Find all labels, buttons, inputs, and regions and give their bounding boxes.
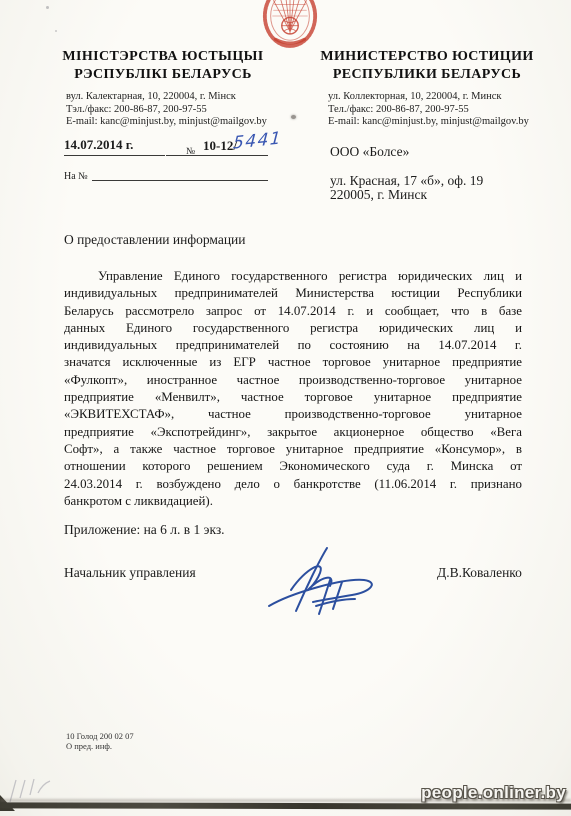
clerical-footnote-line1: 10 Голод 200 02 07 — [66, 731, 134, 741]
address-line: вул. Калектарная, 10, 220004, г. Мінск — [66, 91, 312, 104]
scan-bottom-edge — [0, 802, 571, 809]
date-underline — [64, 155, 165, 156]
number-underline — [166, 155, 268, 156]
scan-speck — [46, 6, 49, 9]
email-line: E-mail: kanc@minjust.by, minjust@mailgov… — [66, 116, 312, 129]
ministry-title-by-line1: МІНІСТЭРСТВА ЮСТЫЦЫІ — [34, 48, 292, 66]
clerical-footnote-line2: О пред. инф. — [66, 741, 134, 751]
scan-speck — [291, 115, 296, 119]
ministry-title-by-line2: РЭСПУБЛІКІ БЕЛАРУСЬ — [34, 66, 292, 84]
address-line: ул. Коллекторная, 10, 220004, г. Минск — [328, 91, 571, 104]
handwritten-signature-icon — [263, 543, 387, 617]
body-line: Беларусь рассмотрело запрос от 14.07.201… — [64, 303, 522, 320]
body-line: «Фулкопт», иностранное частное производс… — [64, 372, 522, 389]
body-line: данных Единого государственного регистра… — [64, 320, 522, 337]
signer-name: Д.В.Коваленко — [437, 565, 522, 581]
body-line: индивидуальных предпринимателей Министер… — [64, 285, 522, 302]
email-line: E-mail: kanc@minjust.by, minjust@mailgov… — [328, 116, 571, 129]
body-line: индивидуальных предпринимателей по состо… — [64, 337, 522, 354]
body-line: 24.03.2014 г. возбуждено дело о банкротс… — [64, 476, 522, 493]
letter-subject: О предоставлении информации — [64, 232, 246, 248]
reply-number-underline — [92, 180, 268, 181]
site-watermark: people.onliner.by — [421, 783, 566, 803]
recipient-name: ООО «Болсе» — [330, 144, 409, 160]
body-line: предприятие «Менвилт», частное торговое … — [64, 389, 522, 406]
outgoing-number-handwritten: 5441 — [232, 128, 282, 153]
body-line: отношении которого решением Экономическо… — [64, 458, 522, 475]
ministry-contacts-belarusian: вул. Калектарная, 10, 220004, г. Мінск Т… — [66, 91, 312, 129]
reply-to-number-label: На № — [64, 171, 88, 182]
ministry-title-belarusian: МІНІСТЭРСТВА ЮСТЫЦЫІ РЭСПУБЛІКІ БЕЛАРУСЬ — [34, 48, 292, 84]
scan-speck — [55, 30, 57, 32]
letter-body-paragraph: Управление Единого государственного реги… — [64, 268, 522, 510]
ministry-contacts-russian: ул. Коллекторная, 10, 220004, г. Минск Т… — [328, 91, 571, 129]
scanned-letter-page: МІНІСТЭРСТВА ЮСТЫЦЫІ РЭСПУБЛІКІ БЕЛАРУСЬ… — [0, 0, 571, 816]
attachment-note: Приложение: на 6 л. в 1 экз. — [64, 522, 225, 538]
signer-position: Начальник управления — [64, 565, 196, 581]
belarus-coat-of-arms-icon — [261, 0, 319, 51]
clerical-footnote: 10 Голод 200 02 07 О пред. инф. — [66, 731, 134, 751]
body-line: Софт», а также частное торговое унитарно… — [64, 441, 522, 458]
ministry-title-ru-line1: МИНИСТЕРСТВО ЮСТИЦИИ — [298, 48, 556, 66]
recipient-address-line2: 220005, г. Минск — [330, 187, 427, 203]
body-line: «ЭКВИТЕХСТАФ», частное производственно-т… — [64, 406, 522, 423]
phone-line: Тэл./факс: 200-86-87, 200-97-55 — [66, 104, 312, 117]
body-line: банкротом с ликвидацией). — [64, 493, 522, 510]
body-line: значатся исключенные из ЕГР частное торг… — [64, 354, 522, 371]
phone-line: Тел./факс: 200-86-87, 200-97-55 — [328, 104, 571, 117]
body-line: Управление Единого государственного реги… — [64, 268, 522, 285]
body-line: предприятие «Экспотрейдинг», закрытое ак… — [64, 424, 522, 441]
letter-date: 14.07.2014 г. — [64, 137, 133, 153]
ministry-title-ru-line2: РЕСПУБЛИКИ БЕЛАРУСЬ — [298, 66, 556, 84]
ministry-title-russian: МИНИСТЕРСТВО ЮСТИЦИИ РЕСПУБЛИКИ БЕЛАРУСЬ — [298, 48, 556, 84]
